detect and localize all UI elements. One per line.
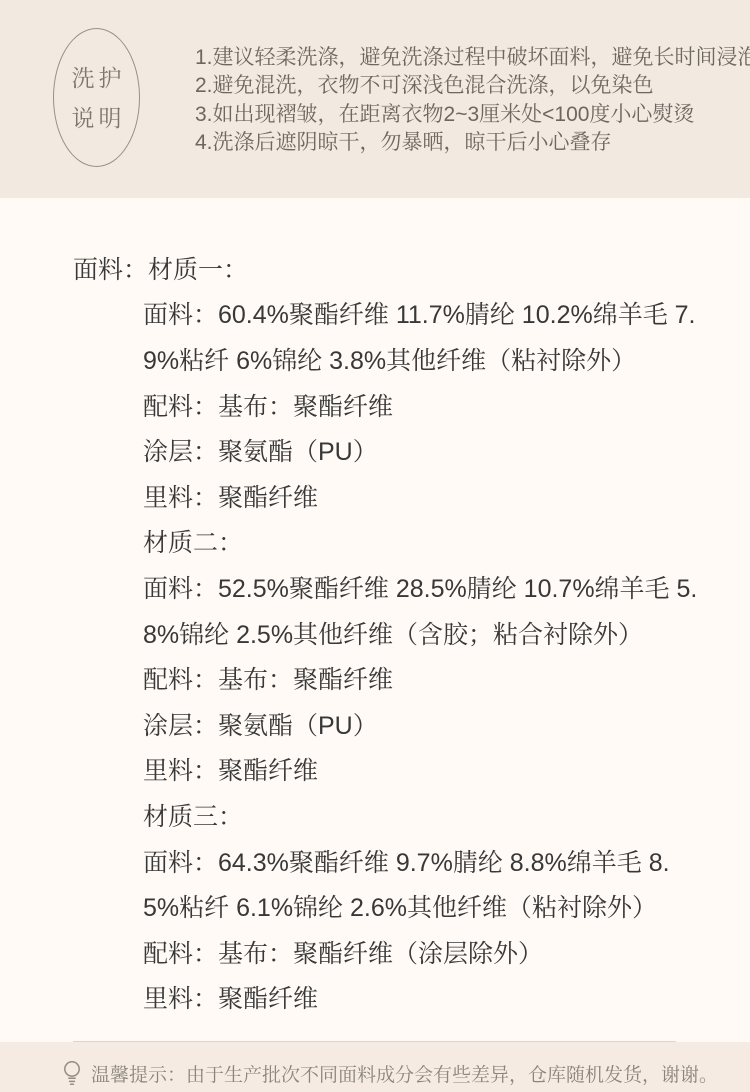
material-line: 材质二： [0, 519, 750, 565]
material-line: 涂层：聚氨酯（PU） [0, 701, 750, 747]
material-line: 9%粘纤 6%锦纶 3.8%其他纤维（粘衬除外） [0, 336, 750, 382]
care-instruction: 3.如出现褶皱，在距离衣物2~3厘米处<100度小心熨烫 [195, 101, 735, 129]
material-line: 8%锦纶 2.5%其他纤维（含胶；粘合衬除外） [0, 610, 750, 656]
material-line: 里料：聚酯纤维 [0, 747, 750, 793]
material-line: 涂层：聚氨酯（PU） [0, 427, 750, 473]
care-instruction: 2.避免混洗，衣物不可深浅色混合洗涤，以免染色 [195, 72, 735, 100]
material-line: 5%粘纤 6.1%锦纶 2.6%其他纤维（粘衬除外） [0, 883, 750, 929]
material-line: 材质三： [0, 792, 750, 838]
lightbulb-icon [62, 1060, 82, 1086]
material-line: 面料：52.5%聚酯纤维 28.5%腈纶 10.7%绵羊毛 5. [0, 564, 750, 610]
material-line: 配料：基布：聚酯纤维（涂层除外） [0, 929, 750, 975]
care-badge-text-line1: 洗护 [68, 58, 126, 98]
fabric-composition-section: 面料：材质一： 面料：60.4%聚酯纤维 11.7%腈纶 10.2%绵羊毛 7.… [0, 245, 750, 1020]
material-line: 面料：64.3%聚酯纤维 9.7%腈纶 8.8%绵羊毛 8. [0, 838, 750, 884]
care-badge-text-line2: 说明 [68, 98, 126, 138]
material-line: 里料：聚酯纤维 [0, 975, 750, 1021]
footer-note-text: 温馨提示：由于生产批次不同面料成分会有些差异，仓库随机发货，谢谢。 [91, 1060, 718, 1087]
material-line: 配料：基布：聚酯纤维 [0, 382, 750, 428]
material-line: 面料：材质一： [0, 245, 750, 291]
care-instructions-section: 洗护 说明 1.建议轻柔洗涤，避免洗涤过程中破坏面料，避免长时间浸泡 2.避免混… [0, 0, 750, 198]
care-instruction: 1.建议轻柔洗涤，避免洗涤过程中破坏面料，避免长时间浸泡 [195, 44, 735, 72]
material-line: 里料：聚酯纤维 [0, 473, 750, 519]
care-instruction-list: 1.建议轻柔洗涤，避免洗涤过程中破坏面料，避免长时间浸泡 2.避免混洗，衣物不可… [195, 44, 735, 158]
material-line: 配料：基布：聚酯纤维 [0, 655, 750, 701]
care-instruction: 4.洗涤后遮阴晾干，勿暴晒，晾干后小心叠存 [195, 129, 735, 157]
footer-tip-section: 温馨提示：由于生产批次不同面料成分会有些差异，仓库随机发货，谢谢。 [0, 1042, 750, 1092]
material-line: 面料：60.4%聚酯纤维 11.7%腈纶 10.2%绵羊毛 7. [0, 291, 750, 337]
care-badge-oval: 洗护 说明 [53, 28, 140, 167]
